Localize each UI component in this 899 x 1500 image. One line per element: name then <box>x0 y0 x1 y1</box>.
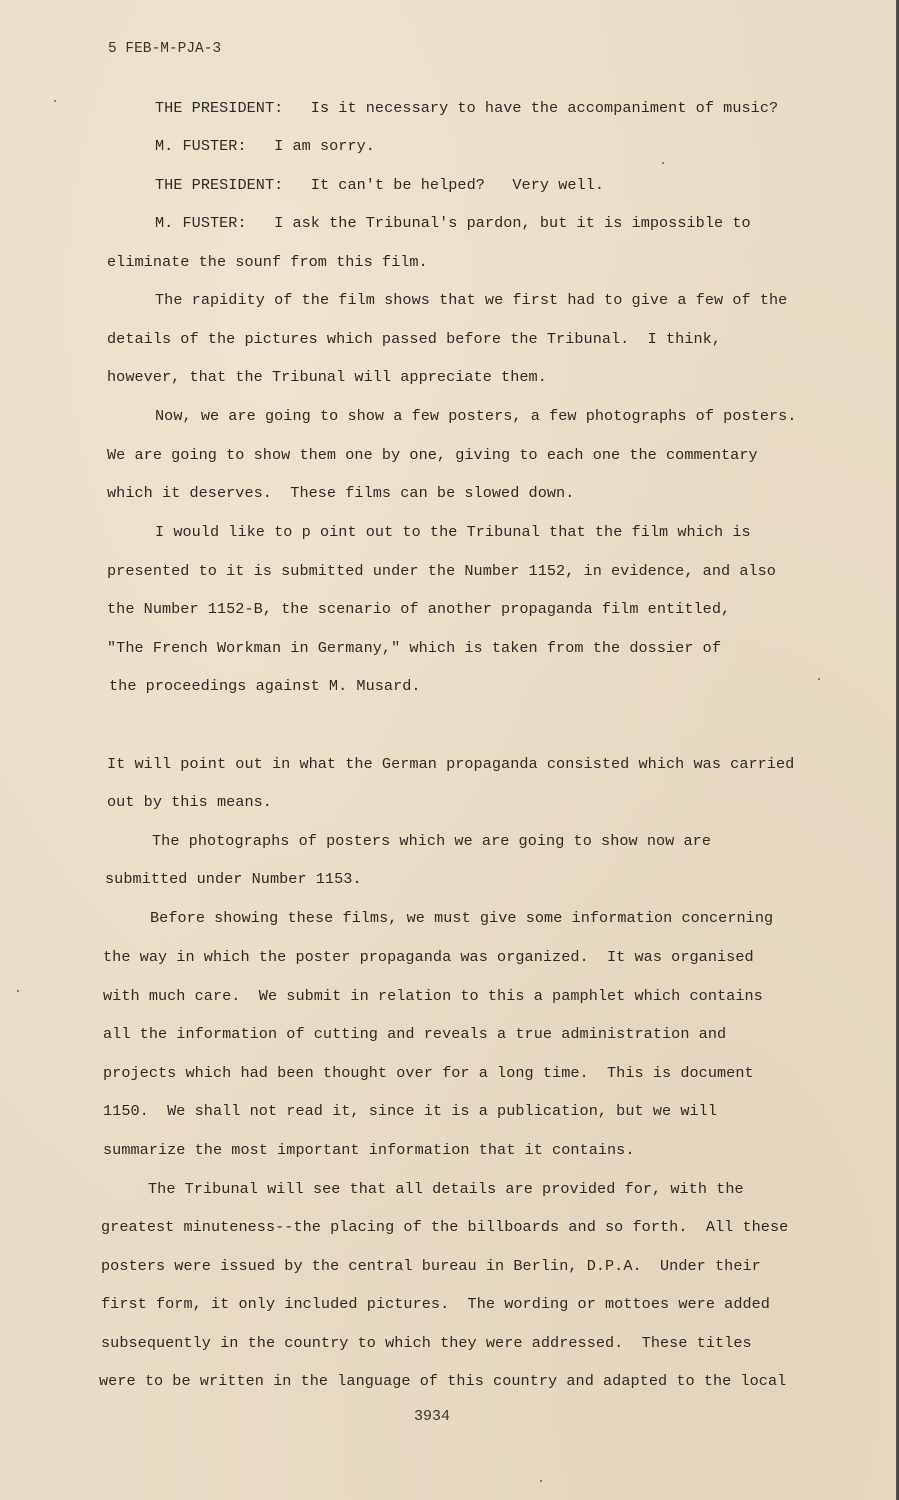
document-page: 5 FEB-M-PJA-3 THE PRESIDENT: Is it neces… <box>0 0 898 1500</box>
transcript-line: the Number 1152-B, the scenario of anoth… <box>107 600 730 618</box>
transcript-line: We are going to show them one by one, gi… <box>107 446 758 464</box>
transcript-line: projects which had been thought over for… <box>103 1064 754 1082</box>
transcript-line: "The French Workman in Germany," which i… <box>107 639 721 657</box>
paper-speck <box>662 162 664 164</box>
transcript-line: I would like to p oint out to the Tribun… <box>155 523 751 541</box>
transcript-line: 1150. We shall not read it, since it is … <box>103 1102 717 1120</box>
transcript-line: out by this means. <box>107 793 272 811</box>
paper-speck <box>540 1480 542 1482</box>
transcript-line: THE PRESIDENT: Is it necessary to have t… <box>155 99 778 117</box>
transcript-line: Before showing these films, we must give… <box>150 909 773 927</box>
paper-speck <box>54 100 56 102</box>
transcript-line: posters were issued by the central burea… <box>101 1257 761 1275</box>
transcript-line: greatest minuteness--the placing of the … <box>101 1218 788 1236</box>
transcript-line: details of the pictures which passed bef… <box>107 330 721 348</box>
transcript-line: which it deserves. These films can be sl… <box>107 484 574 502</box>
transcript-line: THE PRESIDENT: It can't be helped? Very … <box>155 176 604 194</box>
transcript-line: however, that the Tribunal will apprecia… <box>107 368 547 386</box>
transcript-line: with much care. We submit in relation to… <box>103 987 763 1005</box>
paper-speck <box>818 678 820 680</box>
transcript-line: summarize the most important information… <box>103 1141 635 1159</box>
transcript-line: eliminate the sounf from this film. <box>107 253 428 271</box>
paper-speck <box>17 990 19 992</box>
transcript-line: first form, it only included pictures. T… <box>101 1295 770 1313</box>
transcript-line: The Tribunal will see that all details a… <box>148 1180 744 1198</box>
transcript-line: were to be written in the language of th… <box>99 1372 786 1390</box>
transcript-line: presented to it is submitted under the N… <box>107 562 776 580</box>
transcript-line: all the information of cutting and revea… <box>103 1025 726 1043</box>
transcript-line: Now, we are going to show a few posters,… <box>155 407 796 425</box>
transcript-line: the way in which the poster propaganda w… <box>103 948 754 966</box>
page-number: 3934 <box>414 1408 450 1426</box>
transcript-line: It will point out in what the German pro… <box>107 755 794 773</box>
transcript-line: The rapidity of the film shows that we f… <box>155 291 787 309</box>
transcript-line: the proceedings against M. Musard. <box>109 677 421 695</box>
transcript-line: The photographs of posters which we are … <box>152 832 711 850</box>
transcript-line: M. FUSTER: I ask the Tribunal's pardon, … <box>155 214 751 232</box>
transcript-line: submitted under Number 1153. <box>105 870 362 888</box>
transcript-line: M. FUSTER: I am sorry. <box>155 137 375 155</box>
document-reference-header: 5 FEB-M-PJA-3 <box>108 40 221 58</box>
transcript-line: subsequently in the country to which the… <box>101 1334 752 1352</box>
